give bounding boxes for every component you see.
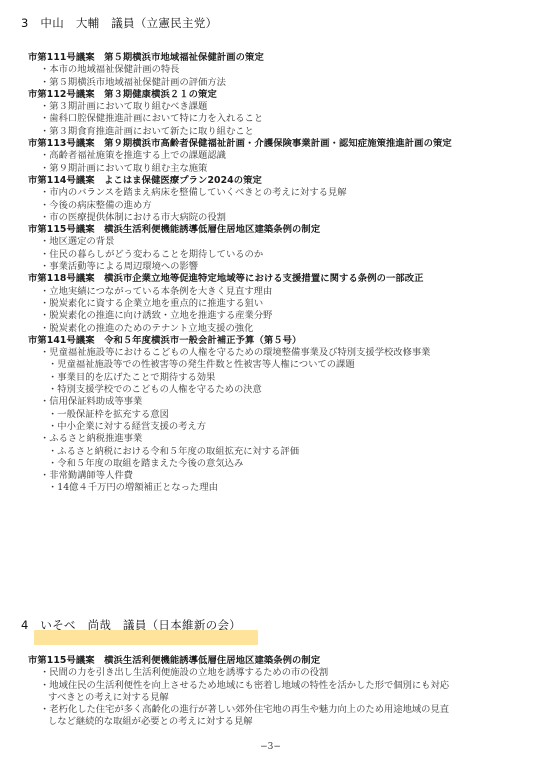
question-subitem: ・事業目的を広げたことで期待する効果: [28, 372, 533, 384]
question-item: ・民間の力を引き出し生活利便施設の立地を誘導するための市の役割: [28, 667, 533, 679]
question-item: ・立地実績につながっている本条例を大きく見直す理由: [28, 286, 533, 298]
question-item: ・第５期横浜市地域福祉保健計画の評価方法: [28, 77, 533, 89]
question-item: ・ふるさと納税推進事業: [28, 433, 533, 445]
question-subitem: ・児童福祉施設等での性被害等の発生件数と性被害等人権についての課題: [28, 359, 533, 371]
page-number: −3−: [0, 742, 541, 752]
bill-title: 市第114号議案 よこはま保健医療プラン2024の策定: [28, 175, 533, 187]
question-item: ・高齢者福祉施策を推進する上での課題認識: [28, 150, 533, 162]
bill-title: 市第115号議案 横浜生活利便機能誘導低層住居地区建築条例の制定: [28, 655, 533, 667]
question-subitem: ・ふるさと納税における令和５年度の取組拡充に対する評価: [28, 446, 533, 458]
section-4-questions: 市第115号議案 横浜生活利便機能誘導低層住居地区建築条例の制定 ・民間の力を引…: [28, 655, 533, 729]
question-item: ・歯科口腔保健推進計画において特に力を入れること: [28, 113, 533, 125]
question-item: ・地域住民の生活利便性を向上させるため地域にも密着し地域の特性を活かした形で個別…: [28, 680, 533, 692]
question-item: ・脱炭素化の推進のためのテナント立地支援の強化: [28, 323, 533, 335]
question-subitem: ・14億４千万円の増額補正となった理由: [28, 482, 533, 494]
bill-title: 市第111号議案 第５期横浜市地域福祉保健計画の策定: [28, 52, 533, 64]
question-item-continuation: しなど継続的な取組が必要との考えに対する見解: [28, 716, 533, 728]
member-heading-nakayama: 3 中山 大輔 議員（立憲民主党）: [21, 15, 217, 31]
bill-title: 市第112号議案 第３期健康横浜２１の策定: [28, 89, 533, 101]
bill-title: 市第118号議案 横浜市企業立地等促進特定地域等における支援措置に関する条例の一…: [28, 273, 533, 285]
question-subitem: ・一般保証枠を拡充する意図: [28, 409, 533, 421]
question-item: ・事業活動等による周辺環境への影響: [28, 261, 533, 273]
question-item: ・地区選定の背景: [28, 236, 533, 248]
question-item: ・第３期食育推進計画において新たに取り組むこと: [28, 126, 533, 138]
question-item: ・本市の地域福祉保健計画の特長: [28, 64, 533, 76]
bill-title: 市第115号議案 横浜生活利便機能誘導低層住居地区建築条例の制定: [28, 224, 533, 236]
question-item: ・老朽化した住宅が多く高齢化の進行が著しい郊外住宅地の再生や魅力向上のため用途地…: [28, 704, 533, 716]
question-item: ・非常勤講師等人件費: [28, 470, 533, 482]
question-subitem: ・中小企業に対する経営支援の考え方: [28, 421, 533, 433]
question-item: ・児童福祉施設等におけるこどもの人権を守るための環境整備事業及び特別支援学校改修…: [28, 347, 533, 359]
bill-title: 市第141号議案 令和５年度横浜市一般会計補正予算（第５号）: [28, 335, 533, 347]
highlight-marker: [34, 630, 258, 645]
question-item: ・脱炭素化の推進に向け誘致・立地を推進する産業分野: [28, 310, 533, 322]
question-item: ・第９期計画において取り組む主な施策: [28, 163, 533, 175]
question-item: ・市の医療提供体制における市大病院の役割: [28, 212, 533, 224]
bill-title: 市第113号議案 第９期横浜市高齢者保健福祉計画・介護保険事業計画・認知症施策推…: [28, 138, 533, 150]
question-item: ・市内のバランスを踏まえ病床を整備していくべきとの考えに対する見解: [28, 187, 533, 199]
question-item: ・信用保証料助成等事業: [28, 396, 533, 408]
question-subitem: ・特別支援学校でのこどもの人権を守るための決意: [28, 384, 533, 396]
question-item: ・住民の暮らしがどう変わることを期待しているのか: [28, 249, 533, 261]
section-3-questions: 市第111号議案 第５期横浜市地域福祉保健計画の策定 ・本市の地域福祉保健計画の…: [28, 52, 533, 495]
question-subitem: ・令和５年度の取組を踏まえた今後の意気込み: [28, 458, 533, 470]
question-item: ・第３期計画において取り組むべき課題: [28, 101, 533, 113]
question-item: ・脱炭素化に資する企業立地を重点的に推進する狙い: [28, 298, 533, 310]
question-item-continuation: すべきとの考えに対する見解: [28, 692, 533, 704]
question-item: ・今後の病床整備の進め方: [28, 200, 533, 212]
